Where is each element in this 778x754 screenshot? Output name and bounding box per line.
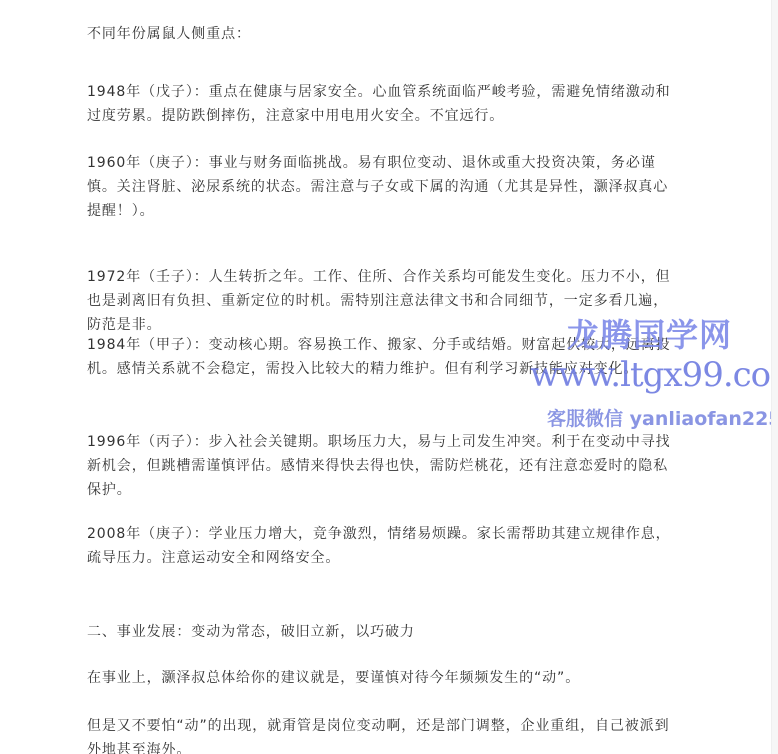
paragraph-1984: 1984年（甲子）：变动核心期。容易换工作、搬家、分手或结婚。财富起伏较大，远离… [87,333,682,381]
scrollbar-track[interactable] [771,0,778,754]
paragraph-1972: 1972年（壬子）：人生转折之年。工作、住所、合作关系均可能发生变化。压力不小，… [87,265,682,337]
paragraph-2008: 2008年（庚子）：学业压力增大，竞争激烈，情绪易烦躁。家长需帮助其建立规律作息… [87,522,682,570]
career-paragraph: 在事业上，灏泽叔总体给你的建议就是，要谨慎对待今年频频发生的“动”。 [87,666,682,690]
document-page: 不同年份属鼠人侧重点： 1948年（戊子）：重点在健康与居家安全。心血管系统面临… [0,0,778,754]
paragraph-1948: 1948年（戊子）：重点在健康与居家安全。心血管系统面临严峻考验，需避免情绪激动… [87,80,682,128]
intro-line: 不同年份属鼠人侧重点： [87,22,682,46]
paragraph-1960: 1960年（庚子）：事业与财务面临挑战。易有职位变动、退休或重大投资决策，务必谨… [87,151,682,223]
career-paragraph: 但是又不要怕“动”的出现，就甭管是岗位变动啊，还是部门调整，企业重组，自己被派到… [87,714,682,754]
watermark-contact: 客服微信 yanliaofan225 [547,404,778,431]
section-heading-career: 二、事业发展：变动为常态，破旧立新，以巧破力 [87,620,682,644]
paragraph-1996: 1996年（丙子）：步入社会关键期。职场压力大，易与上司发生冲突。利于在变动中寻… [87,430,682,502]
